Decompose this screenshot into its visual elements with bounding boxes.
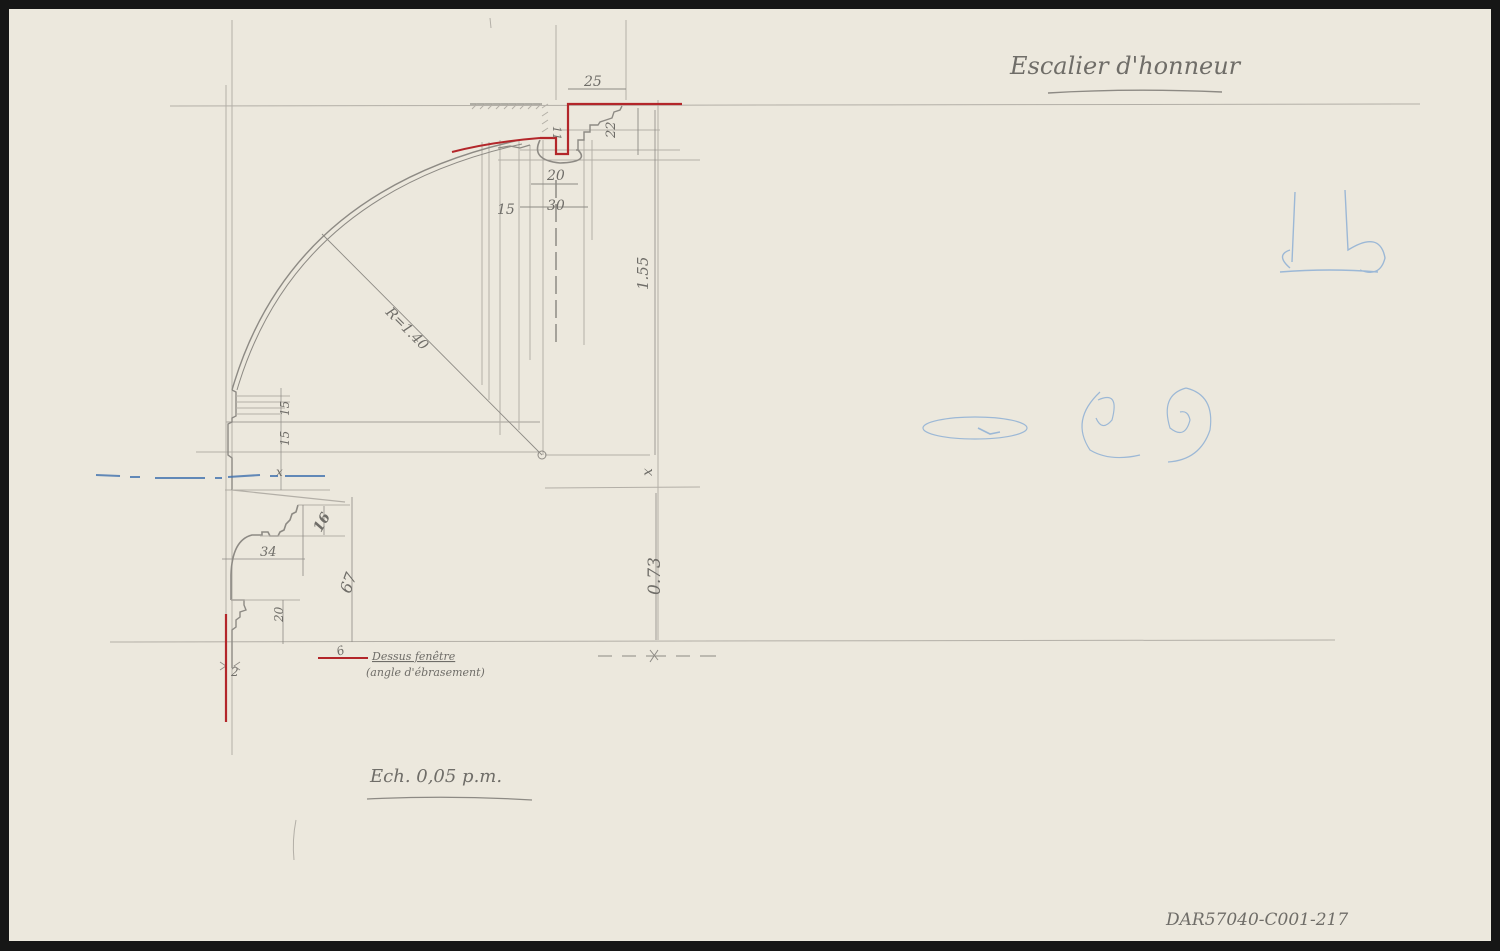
dim-top-step: 11 [550, 126, 563, 140]
dim-cornice-total: 67 [336, 569, 361, 595]
window-label: Dessus fenêtre (angle d'ébrasement) [366, 650, 485, 679]
drawing-title: Escalier d'honneur [1009, 52, 1242, 93]
dim-vertical-lower: 0.73 [645, 557, 665, 595]
dim-cove-outer: 30 [547, 198, 565, 214]
radius-label: R=1.40 [381, 304, 431, 354]
dim-pilaster: 15 [497, 202, 515, 218]
dim-left-stack-1: 15 [278, 401, 292, 416]
blue-axis-line [96, 475, 325, 478]
construction-lines [110, 20, 1420, 755]
window-label-line1: Dessus fenêtre [371, 650, 456, 663]
dim-edge-offset: 2 [230, 665, 239, 679]
dim-base-offset: 6 [334, 643, 346, 659]
dim-top-width: 25 [583, 74, 602, 90]
scale-note: Ech. 0,05 p.m. [367, 766, 532, 800]
dim-vertical-x: x [640, 468, 656, 476]
dim-vertical-main: 1.55 [634, 257, 652, 290]
stray-marks [293, 18, 491, 860]
catalog-id: DAR57040-C001-217 [1165, 910, 1348, 930]
dim-cornice-height: 16 [311, 510, 335, 535]
dim-top-height: 22 [604, 121, 619, 139]
dim-cove-inner: 20 [546, 168, 565, 184]
blue-doodles [923, 190, 1385, 462]
lower-cornice-profile: 34 16 67 20 6 2 [220, 497, 368, 722]
scale-text: Ech. 0,05 p.m. [369, 766, 502, 787]
dim-cornice-projection: 34 [260, 545, 277, 560]
catalog-stamp: DAR57040-C001-217 [1165, 910, 1348, 930]
hatched-surface [470, 104, 548, 132]
top-molding-profile [498, 104, 682, 163]
left-wall-profile: 15 15 x [228, 388, 345, 502]
architectural-drawing: R=1.40 25 11 22 20 30 15 1.55 x 0.73 15 … [0, 0, 1500, 951]
vertical-dimensions: 1.55 x 0.73 [598, 110, 716, 662]
dim-left-stack-2: 15 [278, 431, 292, 446]
title-text: Escalier d'honneur [1009, 52, 1242, 80]
window-label-line2: (angle d'ébrasement) [366, 666, 485, 679]
dim-base-height: 20 [272, 606, 286, 623]
